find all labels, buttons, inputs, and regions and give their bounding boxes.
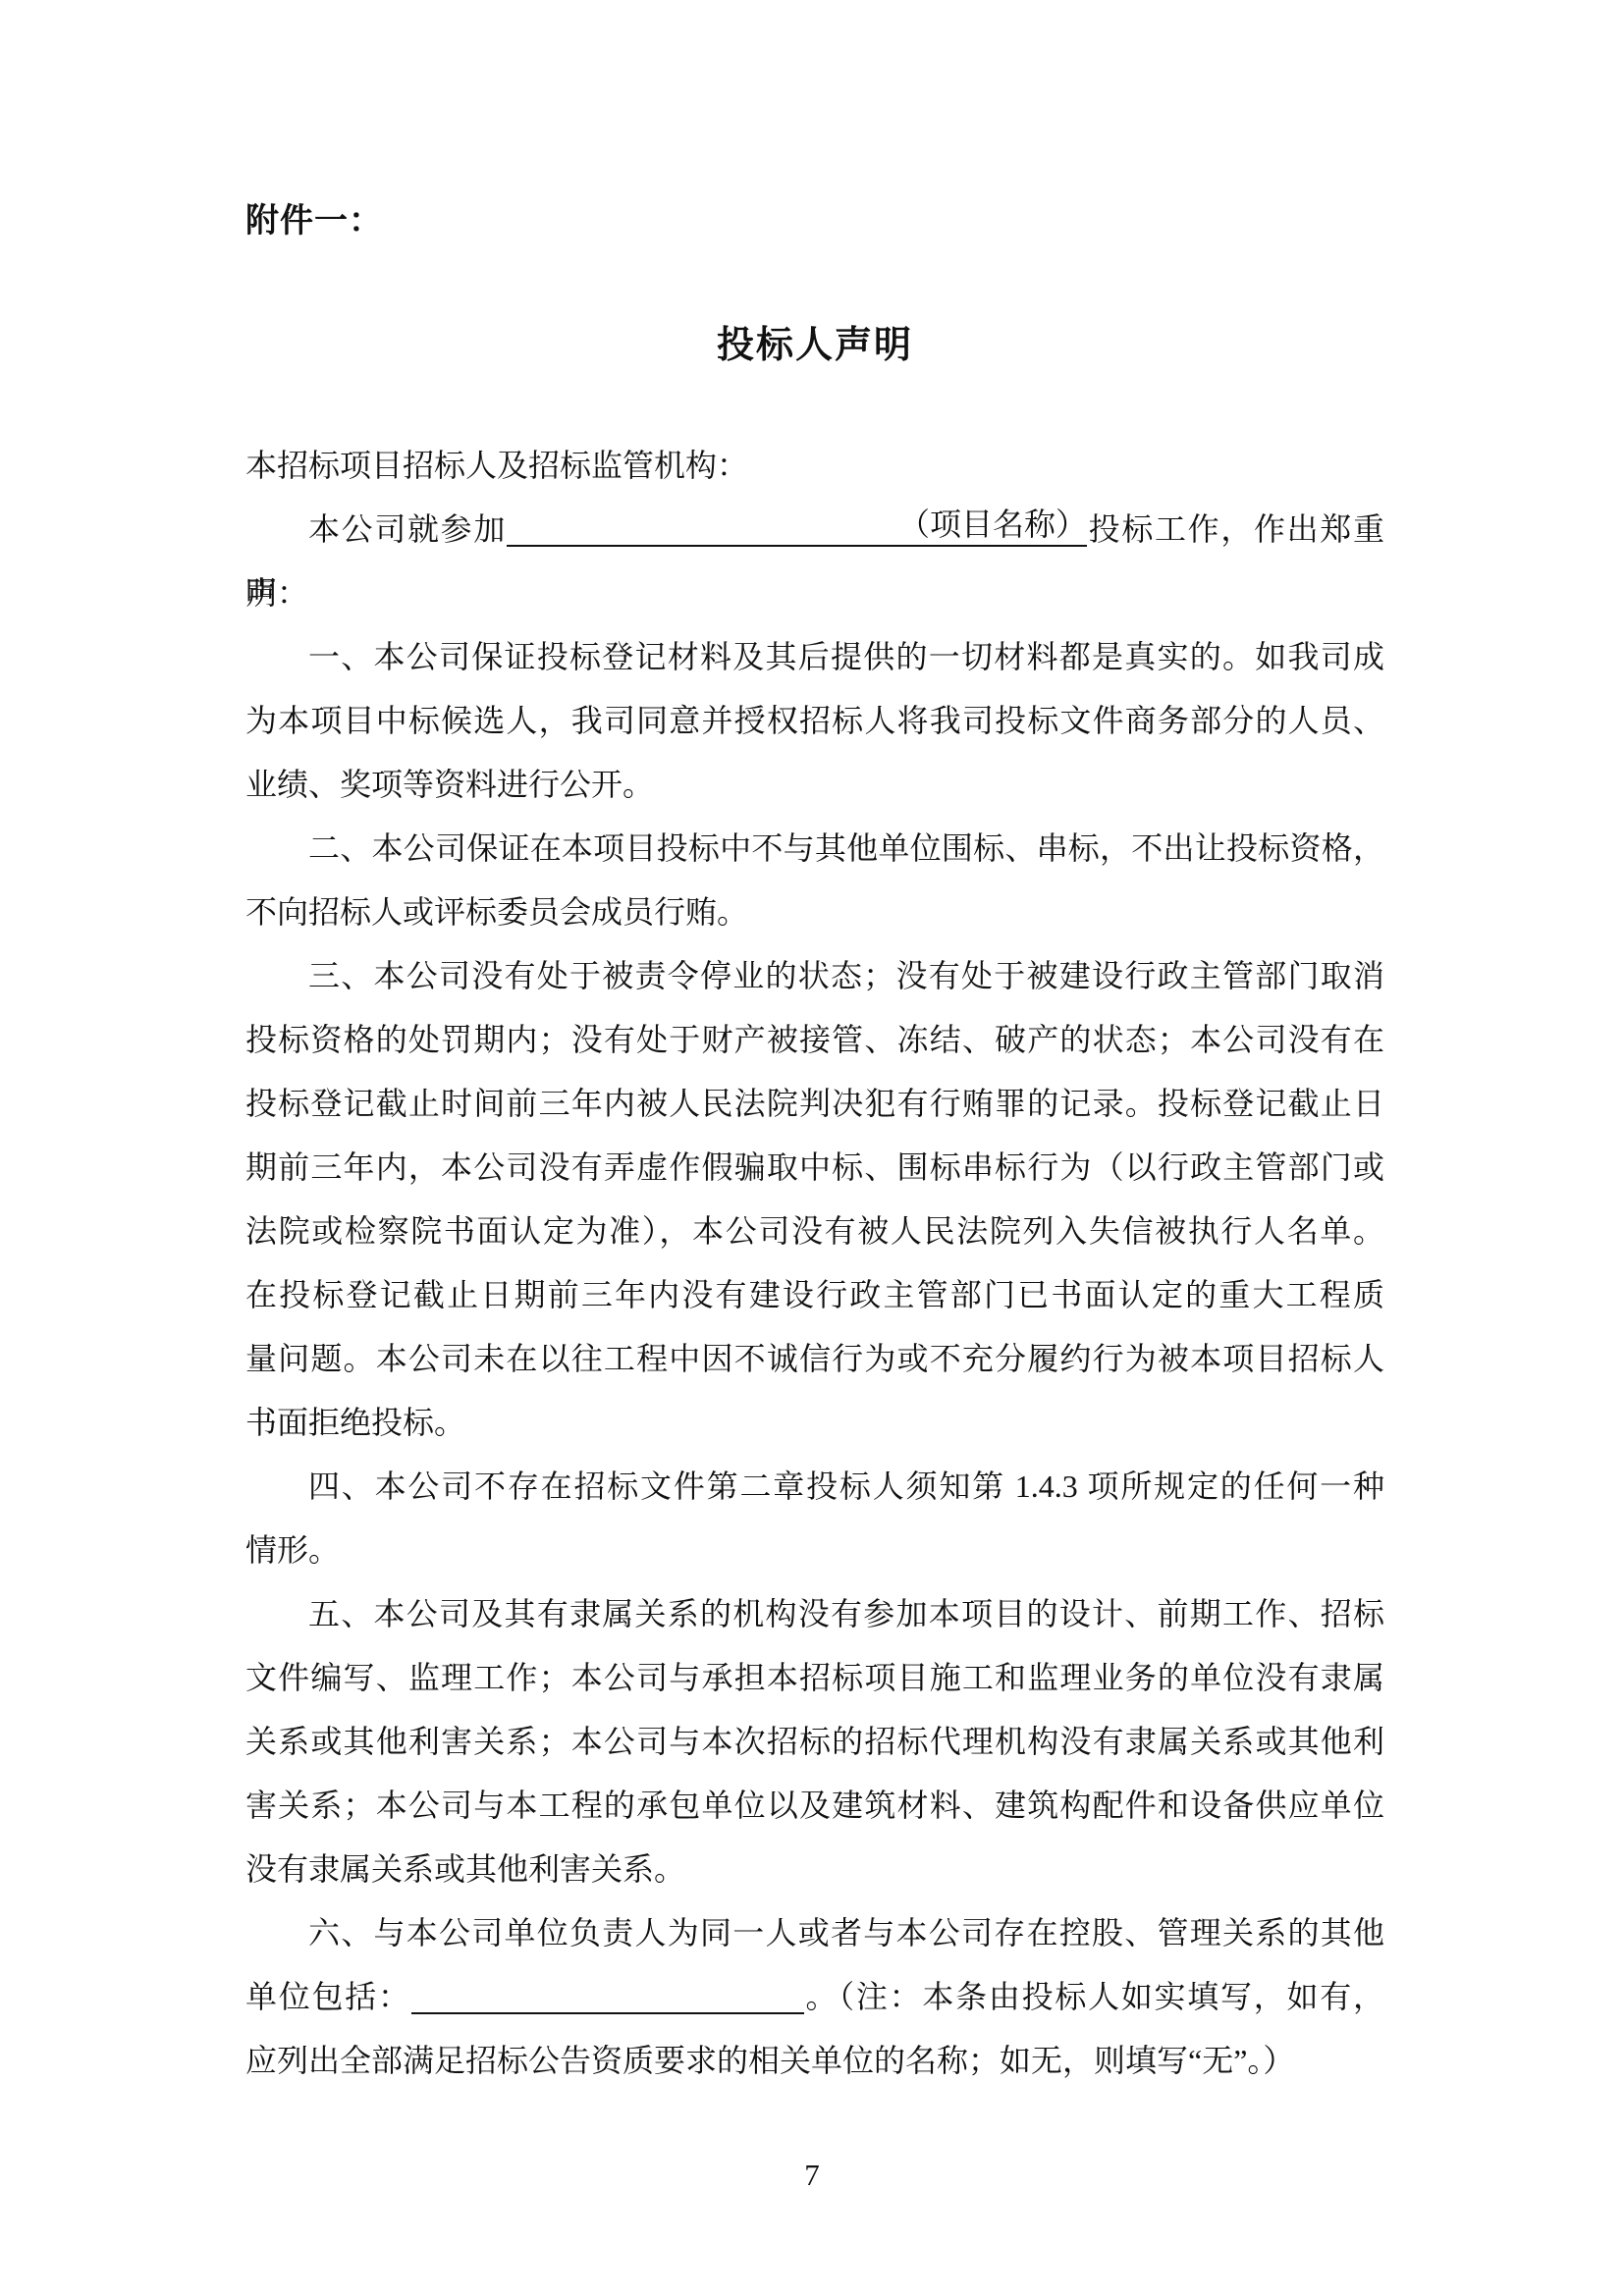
- text-run: 四、本公司不存在招标文件第二章投标人须知第 1.4.3 项所规定的任何一种: [308, 1468, 1384, 1504]
- document-line: 六、与本公司单位负责人为同一人或者与本公司存在控股、管理关系的其他: [245, 1901, 1384, 1965]
- document-page: 附件一： 投标人声明 本招标项目招标人及招标监管机构：本公司就参加（项目名称）投…: [0, 0, 1624, 2296]
- text-run: 没有隶属关系或其他利害关系。: [245, 1851, 685, 1887]
- text-run: 害关系；本公司与本工程的承包单位以及建筑材料、建筑构配件和设备供应单位: [245, 1788, 1384, 1823]
- document-line: 在投标登记截止日期前三年内没有建设行政主管部门已书面认定的重大工程质: [245, 1263, 1384, 1327]
- document-body: 本招标项目招标人及招标监管机构：本公司就参加（项目名称）投标工作，作出郑重声明：…: [245, 434, 1384, 2093]
- document-line: 没有隶属关系或其他利害关系。: [245, 1838, 1384, 1901]
- text-run: 六、与本公司单位负责人为同一人或者与本公司存在控股、管理关系的其他: [308, 1915, 1384, 1950]
- page-title: 投标人声明: [245, 314, 1384, 368]
- document-line: 应列出全部满足招标公告资质要求的相关单位的名称；如无，则填写“无”。）: [245, 2029, 1384, 2093]
- document-line: 本公司就参加（项目名称）投标工作，作出郑重声: [245, 498, 1384, 561]
- document-line: 投标登记截止时间前三年内被人民法院判决犯有行贿罪的记录。投标登记截止日: [245, 1072, 1384, 1136]
- text-run: 二、本公司保证在本项目投标中不与其他单位围标、串标，不出让投标资格，: [308, 830, 1384, 866]
- document-line: 关系或其他利害关系；本公司与本次招标的招标代理机构没有隶属关系或其他利: [245, 1710, 1384, 1774]
- document-line: 投标资格的处罚期内；没有处于财产被接管、冻结、破产的状态；本公司没有在: [245, 1008, 1384, 1072]
- text-run: 本招标项目招标人及招标监管机构：: [245, 448, 748, 483]
- document-line: 单位包括：。（注：本条由投标人如实填写，如有，: [245, 1965, 1384, 2029]
- text-run: 三、本公司没有处于被责令停业的状态；没有处于被建设行政主管部门取消: [308, 958, 1384, 993]
- text-run: 投标登记截止时间前三年内被人民法院判决犯有行贿罪的记录。投标登记截止日: [245, 1086, 1384, 1121]
- document-line: 法院或检察院书面认定为准），本公司没有被人民法院列入失信被执行人名单。: [245, 1200, 1384, 1263]
- text-run: 文件编写、监理工作；本公司与承担本招标项目施工和监理业务的单位没有隶属: [245, 1660, 1384, 1695]
- page-number: 7: [0, 2158, 1624, 2193]
- document-line: 不向招标人或评标委员会成员行贿。: [245, 881, 1384, 944]
- fill-in-blank: [507, 511, 836, 547]
- document-line: 本招标项目招标人及招标监管机构：: [245, 434, 1384, 498]
- document-line: 四、本公司不存在招标文件第二章投标人须知第 1.4.3 项所规定的任何一种: [245, 1455, 1384, 1519]
- text-run: 明：: [245, 575, 308, 611]
- text-run: 五、本公司及其有隶属关系的机构没有参加本项目的设计、前期工作、招标: [308, 1596, 1384, 1631]
- underlined-text: （项目名称）: [836, 500, 1087, 547]
- document-line: 为本项目中标候选人，我司同意并授权招标人将我司投标文件商务部分的人员、: [245, 689, 1384, 753]
- document-line: 业绩、奖项等资料进行公开。: [245, 753, 1384, 817]
- text-run: 在投标登记截止日期前三年内没有建设行政主管部门已书面认定的重大工程质: [245, 1277, 1384, 1312]
- document-line: 二、本公司保证在本项目投标中不与其他单位围标、串标，不出让投标资格，: [245, 817, 1384, 881]
- text-run: 投标资格的处罚期内；没有处于财产被接管、冻结、破产的状态；本公司没有在: [245, 1022, 1384, 1057]
- document-line: 明：: [245, 561, 1384, 625]
- text-run: 业绩、奖项等资料进行公开。: [245, 767, 654, 802]
- document-line: 量问题。本公司未在以往工程中因不诚信行为或不充分履约行为被本项目招标人: [245, 1327, 1384, 1391]
- document-line: 期前三年内，本公司没有弄虚作假骗取中标、围标串标行为（以行政主管部门或: [245, 1136, 1384, 1200]
- attachment-label: 附件一：: [245, 193, 383, 241]
- text-run: 书面拒绝投标。: [245, 1405, 465, 1440]
- text-run: 量问题。本公司未在以往工程中因不诚信行为或不充分履约行为被本项目招标人: [245, 1341, 1384, 1376]
- document-line: 三、本公司没有处于被责令停业的状态；没有处于被建设行政主管部门取消: [245, 944, 1384, 1008]
- text-run: 应列出全部满足招标公告资质要求的相关单位的名称；如无，则填写“无”。）: [245, 2043, 1294, 2078]
- fill-in-blank: [411, 1979, 804, 2014]
- text-run: 关系或其他利害关系；本公司与本次招标的招标代理机构没有隶属关系或其他利: [245, 1724, 1384, 1759]
- text-run: 单位包括：: [245, 1979, 411, 2014]
- text-run: 法院或检察院书面认定为准），本公司没有被人民法院列入失信被执行人名单。: [245, 1213, 1384, 1249]
- text-run: 不向招标人或评标委员会成员行贿。: [245, 894, 748, 930]
- text-run: 情形。: [245, 1532, 340, 1568]
- text-run: 一、本公司保证投标登记材料及其后提供的一切材料都是真实的。如我司成: [308, 639, 1384, 674]
- text-run: 为本项目中标候选人，我司同意并授权招标人将我司投标文件商务部分的人员、: [245, 703, 1384, 738]
- document-line: 五、本公司及其有隶属关系的机构没有参加本项目的设计、前期工作、招标: [245, 1582, 1384, 1646]
- document-line: 情形。: [245, 1519, 1384, 1582]
- text-run: 本公司就参加: [308, 511, 507, 547]
- document-line: 害关系；本公司与本工程的承包单位以及建筑材料、建筑构配件和设备供应单位: [245, 1774, 1384, 1838]
- text-run: 。（注：本条由投标人如实填写，如有，: [804, 1979, 1384, 2014]
- document-line: 文件编写、监理工作；本公司与承担本招标项目施工和监理业务的单位没有隶属: [245, 1646, 1384, 1710]
- document-line: 一、本公司保证投标登记材料及其后提供的一切材料都是真实的。如我司成: [245, 625, 1384, 689]
- document-line: 书面拒绝投标。: [245, 1391, 1384, 1455]
- text-run: 期前三年内，本公司没有弄虚作假骗取中标、围标串标行为（以行政主管部门或: [245, 1149, 1384, 1185]
